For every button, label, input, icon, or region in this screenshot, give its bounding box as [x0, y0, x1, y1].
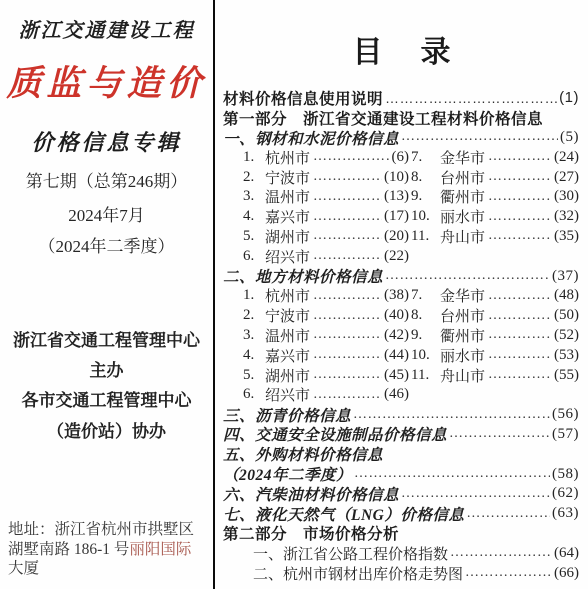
- toc-part2-heading: 第二部分 市场价格分析: [223, 524, 579, 544]
- city-entry-left: 2. 宁波市 ……………………………………………………………………………… (4…: [243, 306, 409, 326]
- toc-section4-label: 四、交通安全设施制品价格信息: [223, 425, 447, 445]
- city-entry-right: 9. 衢州市 ……………………………………………………………………………… (3…: [411, 187, 579, 207]
- address-line-2-street: 湖墅南路 186-1 号: [8, 541, 129, 558]
- dot-leader: ………………………………………………………………………………: [313, 387, 382, 403]
- dot-leader: ………………………………………………………………………………: [313, 228, 382, 244]
- city-entry-right: 10. 丽水市 ……………………………………………………………………………… (…: [411, 207, 579, 227]
- toc-page-number: (56): [552, 406, 579, 423]
- city-entry-right: 7. 金华市 ……………………………………………………………………………… (4…: [411, 286, 579, 306]
- toc-section2-heading: 二、地方材料价格信息 ………………………………………………………………………………: [223, 266, 579, 286]
- city-name: 杭州市: [265, 147, 310, 167]
- toc-section4-heading: 四、交通安全设施制品价格信息 ……………………………………………………………………: [223, 425, 579, 445]
- address-line-1: 地址：浙江省杭州市拱墅区: [8, 520, 208, 540]
- toc-part2-label: 第二部分 市场价格分析: [223, 524, 399, 544]
- toc-page-number: (64): [554, 545, 579, 562]
- toc-page-number: (30): [554, 188, 579, 205]
- city-entry-left: 4. 嘉兴市 ……………………………………………………………………………… (4…: [243, 345, 409, 365]
- city-index: 8.: [411, 169, 440, 186]
- city-toc-row: 4. 嘉兴市 ……………………………………………………………………………… (1…: [223, 207, 579, 227]
- toc-section5-quarter-label: （2024年二季度）: [223, 464, 352, 484]
- toc-section3-label: 三、沥青价格信息: [223, 405, 351, 425]
- dot-leader: ………………………………………………………………………………: [313, 288, 382, 304]
- city-name: 宁波市: [265, 306, 310, 326]
- toc-page-number: (6): [392, 149, 410, 166]
- city-index: 5.: [243, 367, 265, 384]
- city-index: 9.: [411, 327, 440, 344]
- city-name: 丽水市: [440, 207, 485, 227]
- city-index: 4.: [243, 208, 265, 225]
- city-entry-left: 3. 温州市 ……………………………………………………………………………… (4…: [243, 326, 409, 346]
- cover-main-title: 质监与造价: [0, 56, 213, 106]
- toc-page-number: (10): [384, 169, 409, 186]
- city-index: 7.: [411, 287, 440, 304]
- toc-page-number: (22): [384, 248, 409, 265]
- dot-leader: ………………………………………………………………………………: [313, 367, 382, 383]
- city-entry-left: 5. 湖州市 ……………………………………………………………………………… (4…: [243, 365, 409, 385]
- city-index: 9.: [411, 188, 440, 205]
- toc-page-number: (42): [384, 327, 409, 344]
- city-entry-left: 3. 温州市 ……………………………………………………………………………… (1…: [243, 187, 409, 207]
- toc-section5-subline: （2024年二季度） ………………………………………………………………………………: [223, 464, 579, 484]
- toc-page-number: (52): [554, 327, 579, 344]
- city-name: 舟山市: [440, 365, 485, 385]
- dot-leader: ………………………………………………………………………………: [385, 90, 557, 106]
- toc-title: 目 录: [219, 27, 588, 71]
- dot-leader: ………………………………………………………………………………: [354, 466, 550, 482]
- city-entry-left: 2. 宁波市 ……………………………………………………………………………… (1…: [243, 167, 409, 187]
- toc-part2-item-label: 二、杭州市钢材出库价格走势图: [253, 563, 463, 583]
- city-toc-row: 1. 杭州市 ……………………………………………………………………………… (6…: [223, 147, 579, 167]
- address-line-3: 大厦: [8, 559, 208, 579]
- city-toc-row: 1. 杭州市 ……………………………………………………………………………… (3…: [223, 286, 579, 306]
- city-index: 3.: [243, 188, 265, 205]
- toc-section3-heading: 三、沥青价格信息 ……………………………………………………………………………… …: [223, 405, 579, 425]
- toc-page-number: (13): [384, 188, 409, 205]
- toc-section5-heading: 五、外购材料价格信息: [223, 444, 579, 464]
- city-name: 金华市: [440, 286, 485, 306]
- city-entry-right: 10. 丽水市 ……………………………………………………………………………… (…: [411, 345, 579, 365]
- dot-leader: ………………………………………………………………………………: [488, 288, 552, 304]
- city-toc-row: 6. 绍兴市 ……………………………………………………………………………… (2…: [223, 246, 579, 266]
- city-name: 舟山市: [440, 227, 485, 247]
- dot-leader: ………………………………………………………………………………: [488, 228, 552, 244]
- dot-leader: ………………………………………………………………………………: [488, 367, 552, 383]
- city-toc-row: 5. 湖州市 ……………………………………………………………………………… (4…: [223, 365, 579, 385]
- organizer-role: 主办: [0, 356, 213, 381]
- toc-section1-heading: 一、钢材和水泥价格信息 ……………………………………………………………………………: [223, 128, 579, 148]
- cover-panel: 浙江交通建设工程 质监与造价 价格信息专辑 第七期（总第246期） 2024年7…: [0, 0, 213, 589]
- toc-page-number: (44): [384, 347, 409, 364]
- dot-leader: ………………………………………………………………………………: [449, 426, 550, 442]
- toc-section7-label: 七、液化天然气（LNG）价格信息: [223, 504, 464, 524]
- city-entry-right: 8. 台州市 ……………………………………………………………………………… (5…: [411, 306, 579, 326]
- cover-subtitle: 价格信息专辑: [0, 126, 213, 157]
- issue-quarter-line: （2024年二季度）: [0, 232, 213, 257]
- toc-page-number: (58): [552, 466, 579, 483]
- toc-page-number: (35): [554, 228, 579, 245]
- city-name: 丽水市: [440, 345, 485, 365]
- city-index: 11.: [411, 367, 440, 384]
- city-index: 1.: [243, 287, 265, 304]
- toc-part1-label: 第一部分 浙江省交通建设工程材料价格信息: [223, 108, 543, 128]
- dot-leader: ………………………………………………………………………………: [465, 565, 552, 581]
- dot-leader: ………………………………………………………………………………: [313, 209, 382, 225]
- toc-section2-label: 二、地方材料价格信息: [223, 266, 383, 286]
- toc-page-number: (1): [559, 89, 579, 106]
- city-name: 湖州市: [265, 227, 310, 247]
- publisher-address: 地址：浙江省杭州市拱墅区 湖墅南路 186-1 号丽阳国际 大厦: [8, 520, 208, 579]
- co-organizer-name: 各市交通工程管理中心: [0, 386, 213, 411]
- dot-leader: ………………………………………………………………………………: [313, 189, 382, 205]
- toc-page-number: (38): [384, 287, 409, 304]
- city-entry-left: 1. 杭州市 ……………………………………………………………………………… (6…: [243, 147, 409, 167]
- city-index: 4.: [243, 347, 265, 364]
- city-index: 6.: [243, 386, 265, 403]
- city-name: 嘉兴市: [265, 345, 310, 365]
- toc-page-number: (66): [554, 565, 579, 582]
- city-toc-row: 6. 绍兴市 ……………………………………………………………………………… (4…: [223, 385, 579, 405]
- city-index: 6.: [243, 248, 265, 265]
- dot-leader: ………………………………………………………………………………: [488, 209, 552, 225]
- city-name: 温州市: [265, 187, 310, 207]
- dot-leader: ………………………………………………………………………………: [488, 169, 552, 185]
- dot-leader: ………………………………………………………………………………: [313, 149, 389, 165]
- toc-page-number: (40): [384, 307, 409, 324]
- toc-entry-usage-notes: 材料价格信息使用说明 ………………………………………………………………………………: [223, 88, 579, 108]
- city-entry-left: 6. 绍兴市 ……………………………………………………………………………… (2…: [243, 246, 409, 266]
- toc-section6-heading: 六、汽柴油材料价格信息 ……………………………………………………………………………: [223, 484, 579, 504]
- toc-list: 材料价格信息使用说明 ………………………………………………………………………………: [219, 88, 588, 583]
- dot-leader: ………………………………………………………………………………: [313, 308, 382, 324]
- address-line-2-building: 丽阳国际: [129, 541, 191, 558]
- city-name: 衢州市: [440, 326, 485, 346]
- dot-leader: ………………………………………………………………………………: [401, 486, 550, 502]
- city-toc-row: 4. 嘉兴市 ……………………………………………………………………………… (4…: [223, 345, 579, 365]
- toc-panel: 目 录 材料价格信息使用说明 ……………………………………………………………………: [219, 0, 588, 589]
- toc-page-number: (20): [384, 228, 409, 245]
- city-toc-row: 2. 宁波市 ……………………………………………………………………………… (4…: [223, 306, 579, 326]
- scanned-document-page: 浙江交通建设工程 质监与造价 价格信息专辑 第七期（总第246期） 2024年7…: [0, 0, 588, 589]
- city-name: 湖州市: [265, 365, 310, 385]
- toc-page-number: (17): [384, 208, 409, 225]
- dot-leader: ………………………………………………………………………………: [466, 506, 550, 522]
- organizer-name: 浙江省交通工程管理中心: [0, 326, 213, 351]
- toc-page-number: (55): [554, 367, 579, 384]
- city-name: 金华市: [440, 147, 485, 167]
- dot-leader: ………………………………………………………………………………: [401, 129, 558, 145]
- dot-leader: ………………………………………………………………………………: [313, 248, 382, 264]
- city-entry-right: 9. 衢州市 ……………………………………………………………………………… (5…: [411, 326, 579, 346]
- city-name: 绍兴市: [265, 385, 310, 405]
- issue-number-line: 第七期（总第246期）: [0, 167, 213, 192]
- co-organizer-role: （造价站）协办: [0, 417, 213, 442]
- city-name: 衢州市: [440, 187, 485, 207]
- city-entry-left: 1. 杭州市 ……………………………………………………………………………… (3…: [243, 286, 409, 306]
- toc-section5-label: 五、外购材料价格信息: [223, 444, 383, 464]
- city-toc-row: 2. 宁波市 ……………………………………………………………………………… (1…: [223, 167, 579, 187]
- dot-leader: ………………………………………………………………………………: [313, 327, 382, 343]
- city-toc-row: 3. 温州市 ……………………………………………………………………………… (4…: [223, 326, 579, 346]
- city-name: 绍兴市: [265, 246, 310, 266]
- city-entry-right: 11. 舟山市 ……………………………………………………………………………… (…: [411, 365, 579, 385]
- toc-part2-item: 二、杭州市钢材出库价格走势图 ……………………………………………………………………: [223, 563, 579, 583]
- dot-leader: ………………………………………………………………………………: [488, 308, 552, 324]
- toc-section6-label: 六、汽柴油材料价格信息: [223, 484, 399, 504]
- toc-page-number: (62): [552, 485, 579, 502]
- issue-date-line: 2024年7月: [0, 201, 213, 226]
- toc-page-number: (27): [554, 169, 579, 186]
- city-toc-row: 3. 温州市 ……………………………………………………………………………… (1…: [223, 187, 579, 207]
- city-entry-left: 6. 绍兴市 ……………………………………………………………………………… (4…: [243, 385, 409, 405]
- toc-page-number: (32): [554, 208, 579, 225]
- city-name: 杭州市: [265, 286, 310, 306]
- dot-leader: ………………………………………………………………………………: [488, 149, 552, 165]
- toc-page-number: (63): [552, 505, 579, 522]
- toc-part1-heading: 第一部分 浙江省交通建设工程材料价格信息: [223, 108, 579, 128]
- toc-section1-label: 一、钢材和水泥价格信息: [223, 128, 399, 148]
- city-entry-left: 4. 嘉兴市 ……………………………………………………………………………… (1…: [243, 207, 409, 227]
- city-entry-left: 5. 湖州市 ……………………………………………………………………………… (2…: [243, 227, 409, 247]
- city-name: 宁波市: [265, 167, 310, 187]
- city-index: 10.: [411, 347, 440, 364]
- toc-part2-item-label: 一、浙江省公路工程价格指数: [253, 543, 448, 563]
- address-line-2: 湖墅南路 186-1 号丽阳国际: [8, 540, 208, 560]
- toc-part2-item: 一、浙江省公路工程价格指数 ………………………………………………………………………: [223, 543, 579, 563]
- dot-leader: ………………………………………………………………………………: [450, 545, 552, 561]
- dot-leader: ………………………………………………………………………………: [385, 268, 550, 284]
- city-index: 7.: [411, 149, 440, 166]
- toc-page-number: (53): [554, 347, 579, 364]
- city-name: 嘉兴市: [265, 207, 310, 227]
- city-index: 3.: [243, 327, 265, 344]
- city-index: 8.: [411, 307, 440, 324]
- city-index: 2.: [243, 307, 265, 324]
- dot-leader: ………………………………………………………………………………: [488, 327, 552, 343]
- dot-leader: ………………………………………………………………………………: [488, 347, 552, 363]
- toc-entry-label: 材料价格信息使用说明: [223, 88, 383, 108]
- city-toc-row: 5. 湖州市 ……………………………………………………………………………… (2…: [223, 227, 579, 247]
- toc-page-number: (45): [384, 367, 409, 384]
- toc-page-number: (50): [554, 307, 579, 324]
- city-index: 1.: [243, 149, 265, 166]
- dot-leader: ………………………………………………………………………………: [353, 407, 550, 423]
- city-name: 温州市: [265, 326, 310, 346]
- dot-leader: ………………………………………………………………………………: [313, 347, 382, 363]
- city-name: 台州市: [440, 167, 485, 187]
- vertical-divider-rule: [213, 0, 215, 589]
- cover-series-title: 浙江交通建设工程: [0, 14, 213, 43]
- dot-leader: ………………………………………………………………………………: [313, 169, 382, 185]
- toc-page-number: (57): [552, 426, 579, 443]
- toc-page-number: (48): [554, 287, 579, 304]
- toc-page-number: (5): [560, 129, 579, 146]
- city-index: 11.: [411, 228, 440, 245]
- dot-leader: ………………………………………………………………………………: [488, 189, 552, 205]
- city-name: 台州市: [440, 306, 485, 326]
- city-entry-right: 11. 舟山市 ……………………………………………………………………………… (…: [411, 227, 579, 247]
- city-entry-right: 8. 台州市 ……………………………………………………………………………… (2…: [411, 167, 579, 187]
- city-index: 10.: [411, 208, 440, 225]
- city-index: 2.: [243, 169, 265, 186]
- toc-section7-heading: 七、液化天然气（LNG）价格信息 ………………………………………………………………: [223, 504, 579, 524]
- city-entry-right: 7. 金华市 ……………………………………………………………………………… (2…: [411, 147, 579, 167]
- city-index: 5.: [243, 228, 265, 245]
- toc-page-number: (24): [554, 149, 579, 166]
- toc-page-number: (46): [384, 386, 409, 403]
- toc-page-number: (37): [552, 268, 579, 285]
